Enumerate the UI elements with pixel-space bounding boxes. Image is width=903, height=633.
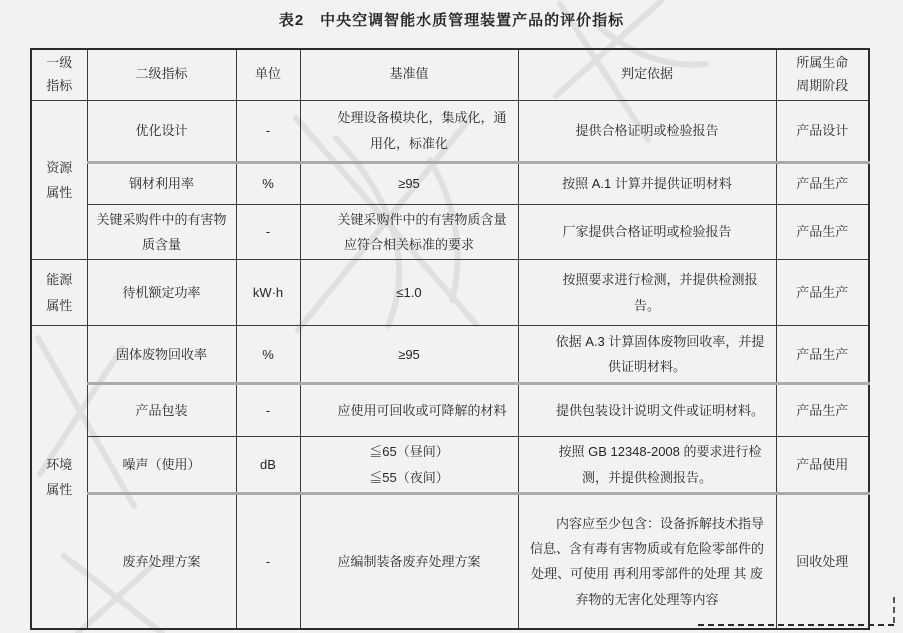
cell-basis: 按照 A.1 计算并提供证明材料 xyxy=(518,162,776,204)
cell-unit: kW·h xyxy=(236,260,300,326)
cell-unit: dB xyxy=(236,437,300,494)
cell-indicator: 关键采购件中的有害物质含量 xyxy=(87,204,236,260)
cell-indicator: 待机额定功率 xyxy=(87,260,236,326)
table-row: 环境 属性 固体废物回收率 % ≥95 依据 A.3 计算固体废物回收率，并提供… xyxy=(31,326,869,384)
cell-unit: % xyxy=(236,162,300,204)
cell-benchmark: 应编制装备废弃处理方案 xyxy=(300,494,518,629)
cell-stage: 产品生产 xyxy=(776,326,869,384)
cell-benchmark: ≦65（昼间） ≦55（夜间） xyxy=(300,437,518,494)
cell-indicator: 固体废物回收率 xyxy=(87,326,236,384)
cell-benchmark: ≥95 xyxy=(300,326,518,384)
evaluation-table: 一级 指标 二级指标 单位 基准值 判定依据 所属生命 周期阶段 资源 属性 优… xyxy=(30,48,870,630)
group-energy-attr: 能源 属性 xyxy=(31,260,87,326)
cell-indicator: 优化设计 xyxy=(87,100,236,162)
cell-indicator: 钢材利用率 xyxy=(87,162,236,204)
header-level2: 二级指标 xyxy=(87,49,236,100)
cell-basis: 厂家提供合格证明或检验报告 xyxy=(518,204,776,260)
cell-basis: 依据 A.3 计算固体废物回收率，并提供证明材料。 xyxy=(518,326,776,384)
cell-benchmark: 应使用可回收或可降解的材料 xyxy=(300,384,518,437)
cell-stage: 产品使用 xyxy=(776,437,869,494)
group-environment-attr: 环境 属性 xyxy=(31,326,87,629)
cell-unit: - xyxy=(236,384,300,437)
cell-indicator: 噪声（使用） xyxy=(87,437,236,494)
cell-stage: 产品生产 xyxy=(776,260,869,326)
table-row: 资源 属性 优化设计 - 处理设备模块化，集成化，通用化，标准化 提供合格证明或… xyxy=(31,100,869,162)
cell-stage: 回收处理 xyxy=(776,494,869,629)
header-row: 一级 指标 二级指标 单位 基准值 判定依据 所属生命 周期阶段 xyxy=(31,49,869,100)
scan-artifact-dashed-line xyxy=(698,624,894,626)
table-row: 产品包装 - 应使用可回收或可降解的材料 提供包装设计说明文件或证明材料。 产品… xyxy=(31,384,869,437)
cell-benchmark: ≥95 xyxy=(300,162,518,204)
header-benchmark: 基准值 xyxy=(300,49,518,100)
cell-unit: - xyxy=(236,100,300,162)
cell-basis: 按照 GB 12348-2008 的要求进行检测，并提供检测报告。 xyxy=(518,437,776,494)
header-stage: 所属生命 周期阶段 xyxy=(776,49,869,100)
cell-indicator: 产品包装 xyxy=(87,384,236,437)
table-row: 钢材利用率 % ≥95 按照 A.1 计算并提供证明材料 产品生产 xyxy=(31,162,869,204)
scan-artifact-tick xyxy=(893,597,895,623)
header-unit: 单位 xyxy=(236,49,300,100)
cell-basis: 提供合格证明或检验报告 xyxy=(518,100,776,162)
header-basis: 判定依据 xyxy=(518,49,776,100)
cell-unit: - xyxy=(236,494,300,629)
header-level1: 一级 指标 xyxy=(31,49,87,100)
table-row: 能源 属性 待机额定功率 kW·h ≤1.0 按照要求进行检测，并提供检测报告。… xyxy=(31,260,869,326)
table-row: 噪声（使用） dB ≦65（昼间） ≦55（夜间） 按照 GB 12348-20… xyxy=(31,437,869,494)
cell-benchmark: 关键采购件中的有害物质含量应符合相关标准的要求 xyxy=(300,204,518,260)
cell-stage: 产品设计 xyxy=(776,100,869,162)
cell-basis: 按照要求进行检测，并提供检测报告。 xyxy=(518,260,776,326)
cell-benchmark: ≤1.0 xyxy=(300,260,518,326)
table-title: 表2 中央空调智能水质管理装置产品的评价指标 xyxy=(0,9,903,30)
group-resource-attr: 资源 属性 xyxy=(31,100,87,260)
cell-unit: % xyxy=(236,326,300,384)
cell-benchmark: 处理设备模块化，集成化，通用化，标准化 xyxy=(300,100,518,162)
cell-stage: 产品生产 xyxy=(776,204,869,260)
document-page: 表2 中央空调智能水质管理装置产品的评价指标 一级 指标 二级指标 单位 基准值… xyxy=(0,0,903,633)
cell-stage: 产品生产 xyxy=(776,162,869,204)
cell-unit: - xyxy=(236,204,300,260)
cell-stage: 产品生产 xyxy=(776,384,869,437)
cell-basis: 内容应至少包含：设备拆解技术指导信息、含有毒有害物质或有危险零部件的处理、可使用… xyxy=(518,494,776,629)
cell-basis: 提供包装设计说明文件或证明材料。 xyxy=(518,384,776,437)
table-row: 废弃处理方案 - 应编制装备废弃处理方案 内容应至少包含：设备拆解技术指导信息、… xyxy=(31,494,869,629)
table-row: 关键采购件中的有害物质含量 - 关键采购件中的有害物质含量应符合相关标准的要求 … xyxy=(31,204,869,260)
cell-indicator: 废弃处理方案 xyxy=(87,494,236,629)
